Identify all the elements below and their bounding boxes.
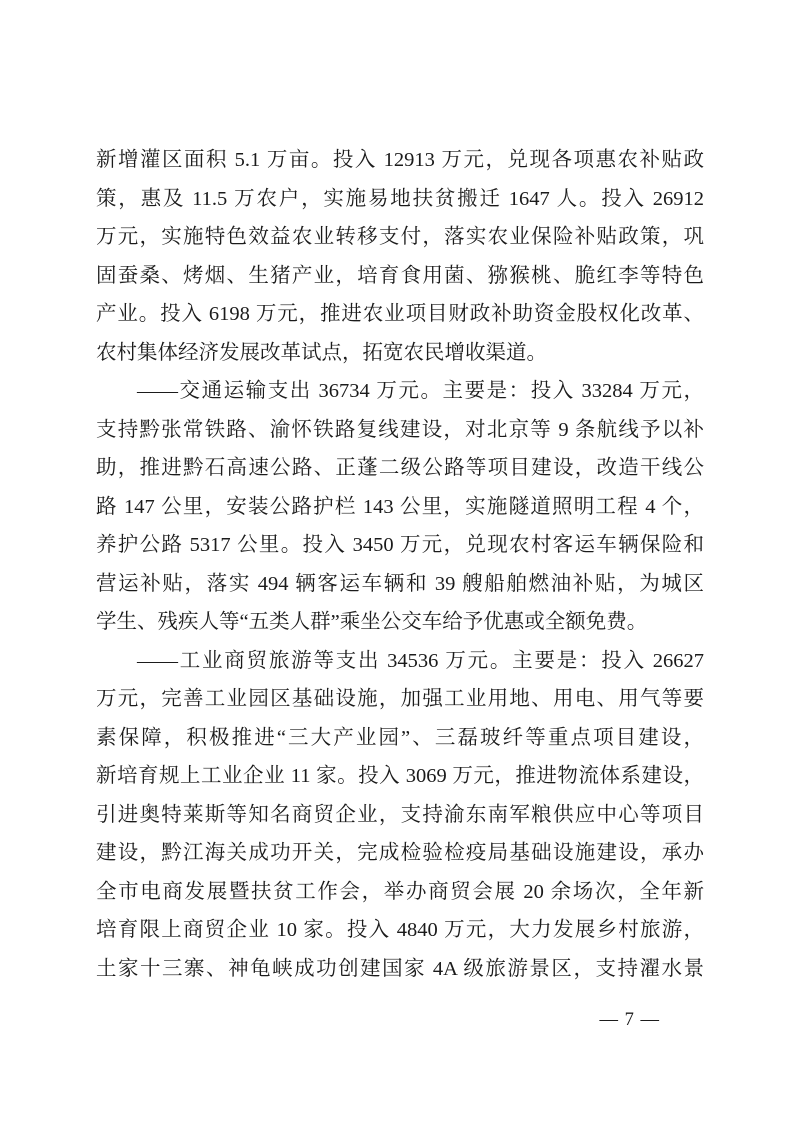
text-line: 助，推进黔石高速公路、正蓬二级公路等项目建设，改造干线公 — [96, 449, 704, 488]
document-page: 新增灌区面积 5.1 万亩。投入 12913 万元，兑现各项惠农补贴政策，惠及 … — [0, 0, 793, 1122]
text-line: 支持黔张常铁路、渝怀铁路复线建设，对北京等 9 条航线予以补 — [96, 411, 704, 450]
text-line: 建设，黔江海关成功开关，完成检验检疫局基础设施建设，承办 — [96, 834, 704, 873]
text-line: 新培育规上工业企业 11 家。投入 3069 万元，推进物流体系建设， — [96, 757, 704, 796]
text-line: 土家十三寨、神龟峡成功创建国家 4A 级旅游景区，支持濯水景 — [96, 950, 704, 989]
text-line: 产业。投入 6198 万元，推进农业项目财政补助资金股权化改革、 — [96, 295, 704, 334]
text-line: 营运补贴，落实 494 辆客运车辆和 39 艘船舶燃油补贴，为城区 — [96, 565, 704, 604]
text-line: 全市电商发展暨扶贫工作会，举办商贸会展 20 余场次，全年新 — [96, 873, 704, 912]
text-line: 万元，实施特色效益农业转移支付，落实农业保险补贴政策，巩 — [96, 218, 704, 257]
text-line: 万元，完善工业园区基础设施，加强工业用地、用电、用气等要 — [96, 680, 704, 719]
text-line: 培育限上商贸企业 10 家。投入 4840 万元，大力发展乡村旅游， — [96, 911, 704, 950]
text-line: 学生、残疾人等“五类人群”乘坐公交车给予优惠或全额免费。 — [96, 603, 704, 642]
text-line: 引进奥特莱斯等知名商贸企业，支持渝东南军粮供应中心等项目 — [96, 796, 704, 835]
text-line: 固蚕桑、烤烟、生猪产业，培育食用菌、猕猴桃、脆红李等特色 — [96, 257, 704, 296]
text-line: ——工业商贸旅游等支出 34536 万元。主要是：投入 26627 — [96, 642, 704, 681]
page-number: — 7 — — [600, 1008, 661, 1032]
text-line: 养护公路 5317 公里。投入 3450 万元，兑现农村客运车辆保险和 — [96, 526, 704, 565]
text-block: 新增灌区面积 5.1 万亩。投入 12913 万元，兑现各项惠农补贴政策，惠及 … — [96, 141, 704, 988]
text-line: 策，惠及 11.5 万农户，实施易地扶贫搬迁 1647 人。投入 26912 — [96, 180, 704, 219]
text-line: 农村集体经济发展改革试点，拓宽农民增收渠道。 — [96, 334, 704, 373]
text-line: 素保障，积极推进“三大产业园”、三磊玻纤等重点项目建设， — [96, 719, 704, 758]
text-line: 路 147 公里，安装公路护栏 143 公里，实施隧道照明工程 4 个， — [96, 488, 704, 527]
text-line: ——交通运输支出 36734 万元。主要是：投入 33284 万元， — [96, 372, 704, 411]
text-line: 新增灌区面积 5.1 万亩。投入 12913 万元，兑现各项惠农补贴政 — [96, 141, 704, 180]
